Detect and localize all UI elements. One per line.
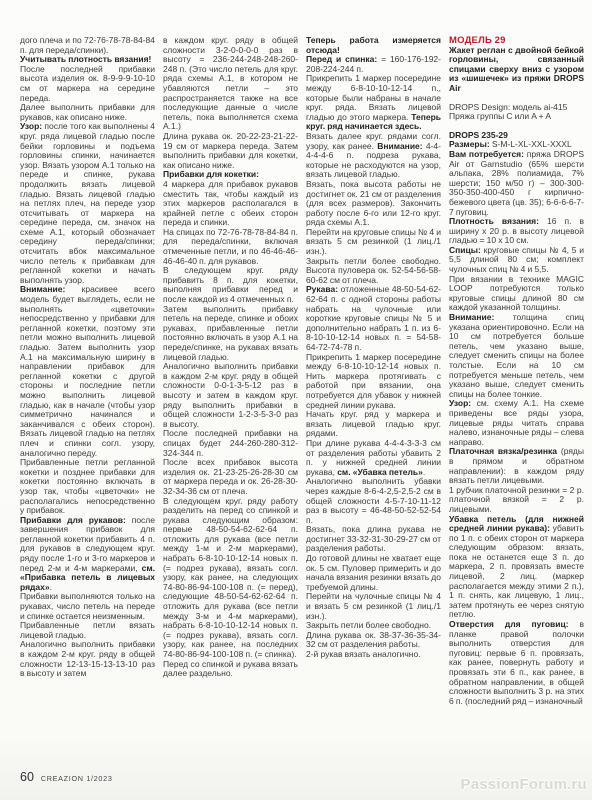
text-run: толщина спиц указана ориентировочно. Есл…	[449, 312, 584, 399]
paragraph: В следующем круг. ряду работу разделить …	[163, 497, 298, 660]
text-run: отложенные 48-50-54-62-62-64 п. с одной …	[306, 284, 441, 352]
text-run: В следующем круг. ряду работу разделить …	[163, 496, 298, 660]
text-run: Внимание:	[20, 284, 82, 294]
paragraph: Платочная вязка/резинка (ряды в прямом и…	[449, 447, 584, 485]
paragraph: Внимание: красивее всего модель будет вы…	[20, 285, 155, 458]
paragraph: в каждом круг. ряду в общей сложности 3-…	[163, 36, 298, 132]
paragraph: При длине рукава 4-4-4-3-3-3 см от разде…	[306, 439, 441, 477]
paragraph: Длина рукава ок. 38-37-36-35-34-32 см от…	[306, 631, 441, 650]
text-run: Перейти на круговые спицы № 4 и вязать 5…	[306, 227, 441, 256]
paragraph: Перейти на чулочные спицы № 4 и вязать 5…	[306, 592, 441, 621]
text-run: Закрыть петли более свободно.	[306, 620, 431, 630]
text-run: Узор:	[449, 398, 477, 408]
text-run: Аналогично выполнить прибавки в каждом 2…	[20, 639, 155, 678]
text-run: Перед со спинкой и рукава вязать далее р…	[163, 659, 298, 679]
text-run: Начать круг. ряд у маркера и вязать лице…	[306, 409, 441, 438]
column-3: Теперь работа измеряется отсюда!Перед и …	[306, 36, 441, 762]
text-run: На спицах по 72-76-78-78-84-84 п. для пе…	[163, 227, 298, 266]
paragraph: Затем выполнить прибавку петель на перед…	[163, 305, 298, 363]
text-run: Спицы:	[449, 245, 484, 255]
paragraph: Прибавленные петли регланной кокетки и п…	[20, 458, 155, 516]
paragraph: Отверстия для пуговиц: в планке правой п…	[449, 620, 584, 706]
paragraph: Прибавки для рукавов: после завершения п…	[20, 516, 155, 593]
text-run: Прибавки для кокетки:	[163, 169, 259, 179]
text-run: после того как выполнены 4 круг. ряда ли…	[20, 121, 155, 285]
text-run: После последней прибавки высота изделия …	[20, 64, 155, 103]
text-run: S-M-L-XL-XXL-XXXL	[492, 139, 572, 149]
text-run: Внимание:	[377, 141, 426, 151]
paragraph: Прикрепить 1 маркер посередине между 6-8…	[306, 353, 441, 411]
paragraph: Перейти на круговые спицы № 4 и вязать 5…	[306, 228, 441, 257]
paragraph: Узор: после того как выполнены 4 круг. р…	[20, 122, 155, 285]
text-run: Прибавки для рукавов:	[20, 515, 132, 525]
text-run: При вязании в технике MAGIC LOOP потребу…	[449, 274, 584, 313]
text-run: DROPS Design: модель ai-415	[449, 102, 567, 112]
text-run: Теперь работа измеряется отсюда!	[306, 36, 441, 55]
text-run: красивее всего модель будет выглядеть, е…	[20, 284, 155, 457]
text-run: Прибавленные петли вязать лицевой гладью…	[20, 620, 155, 640]
paragraph: После последней прибавки высота изделия …	[20, 65, 155, 103]
text-run: пряжа DROPS Air от Garnstudio (65% шерст…	[449, 149, 584, 217]
paragraph: После всех прибавок высота изделия ок. 2…	[163, 458, 298, 496]
page-number: 60	[20, 770, 34, 784]
text-run: дого плеча и по 72-76-78-78-84-84 п. для…	[20, 36, 155, 55]
paragraph: Вязать, пока длина рукава не достигнет 3…	[306, 525, 441, 554]
paragraph: 1 рубчик платочной резинки = 2 р. платоч…	[449, 486, 584, 515]
text-run: .	[50, 582, 52, 592]
paragraph: Вязать далее круг. рядами согл. узору, к…	[306, 132, 441, 180]
text-run: Вязать, пока длина рукава не достигнет 3…	[306, 524, 441, 553]
paragraph: Убавка петель (для нижней средней линии …	[449, 515, 584, 621]
text-run: Перейти на чулочные спицы № 4 и вязать 5…	[306, 591, 441, 620]
text-run: убавить по 1 п. с обеих сторон от маркер…	[449, 523, 584, 619]
paragraph: Вязать, пока высота работы не достигнет …	[306, 180, 441, 228]
text-run: .	[423, 467, 425, 477]
paragraph: Спицы: круговые спицы № 4, 5 и 5,5 длино…	[449, 246, 584, 275]
text-run: Прикрепить 1 маркер посередине между 6-8…	[306, 352, 441, 410]
text-run: Аналогично выполнить прибавки в каждом 2…	[163, 361, 298, 429]
paragraph: На спицах по 72-76-78-78-84-84 п. для пе…	[163, 228, 298, 266]
text-run: Длина рукава ок. 38-37-36-35-34-32 см от…	[306, 630, 441, 650]
text-run: Платочная вязка/резинка	[449, 446, 561, 456]
paragraph: Рукава: отложенные 48-50-54-62-62-64 п. …	[306, 285, 441, 352]
text-run: Учитывать плотность вязания!	[20, 54, 151, 64]
paragraph: Аналогично выполнить убавки через каждые…	[306, 477, 441, 525]
text-run: Прибавленные петли регланной кокетки и п…	[20, 457, 155, 515]
text-run: Внимание:	[449, 312, 513, 322]
text-run: Размеры:	[449, 139, 492, 149]
paragraph: Внимание: толщина спиц указана ориентиро…	[449, 313, 584, 399]
paragraph: Прикрепить 1 маркер посередине между 6-8…	[306, 74, 441, 132]
text-run: Плотность вязания:	[449, 216, 547, 226]
text-columns: дого плеча и по 72-76-78-78-84-84 п. для…	[20, 36, 584, 762]
text-run: после завершения прибавок для регланной …	[20, 515, 155, 573]
text-run: 2-й рукав вязать аналогично.	[306, 649, 421, 659]
text-run: в планке правой полочки выполнить отверс…	[449, 619, 584, 706]
text-run: После последней прибавки на спицах будет…	[163, 428, 298, 457]
text-run: Затем выполнить прибавку петель на перед…	[163, 304, 298, 362]
paragraph: Аналогично выполнить прибавки в каждом 2…	[163, 362, 298, 429]
text-run: см. «Убавка петель»	[337, 467, 423, 477]
text-run: Закрыть петли более свободно. Высота пул…	[306, 256, 441, 285]
magazine-page: дого плеча и по 72-76-78-78-84-84 п. для…	[0, 0, 592, 800]
paragraph: Пряжа группы C или A + A	[449, 112, 584, 122]
paragraph: Аналогично выполнить прибавки в каждом 2…	[20, 640, 155, 678]
text-run: Прибавки выполняются только на рукавах, …	[20, 591, 155, 620]
paragraph: Прибавки выполняются только на рукавах, …	[20, 592, 155, 621]
text-run: Рукава:	[306, 284, 341, 294]
paragraph: Закрыть петли более свободно. Высота пул…	[306, 257, 441, 286]
paragraph: После последней прибавки на спицах будет…	[163, 429, 298, 458]
paragraph: дого плеча и по 72-76-78-78-84-84 п. для…	[20, 36, 155, 55]
magazine-title: CREAZION 1/2023	[41, 774, 113, 783]
paragraph: При вязании в технике MAGIC LOOP потребу…	[449, 275, 584, 313]
text-run: DROPS 235-29	[449, 130, 508, 140]
paragraph: Теперь работа измеряется отсюда!	[306, 36, 441, 55]
text-run: До готовой длины не хватает еще ок. 5 см…	[306, 553, 441, 592]
paragraph: Вам потребуется: пряжа DROPS Air от Garn…	[449, 150, 584, 217]
paragraph: Узор: см. схему А.1. На схеме приведены …	[449, 399, 584, 447]
text-run: в каждом круг. ряду в общей сложности 3-…	[163, 36, 298, 131]
paragraph: Перед со спинкой и рукава вязать далее р…	[163, 660, 298, 679]
paragraph: Перед и спинка: = 160-176-192-208-224-24…	[306, 55, 441, 74]
text-run: Отверстия для пуговиц:	[449, 619, 579, 629]
column-4: МОДЕЛЬ 29Жакет реглан с двойной бейкой г…	[449, 36, 584, 762]
paragraph: Длина рукава ок. 20-22-23-21-22-19 см от…	[163, 132, 298, 170]
text-run: Пряжа группы C или A + A	[449, 111, 551, 121]
paragraph: В следующем круг. ряду прибавить 8 п. дл…	[163, 266, 298, 304]
paragraph: Плотность вязания: 16 п. в ширину х 20 р…	[449, 217, 584, 246]
paragraph: Прибавленные петли вязать лицевой гладью…	[20, 621, 155, 640]
text-run: Длина рукава ок. 20-22-23-21-22-19 см от…	[163, 131, 298, 170]
watermark: PassionForum.ru	[461, 776, 587, 793]
paragraph: 2-й рукав вязать аналогично.	[306, 650, 441, 660]
text-run: После всех прибавок высота изделия ок. 2…	[163, 457, 298, 496]
text-run: 1 рубчик платочной резинки = 2 р. платоч…	[449, 485, 584, 514]
text-run: Вам потребуется:	[449, 149, 527, 159]
column-2: в каждом круг. ряду в общей сложности 3-…	[163, 36, 298, 762]
column-1: дого плеча и по 72-76-78-78-84-84 п. для…	[20, 36, 155, 762]
page-footer: 60 CREAZION 1/2023	[20, 770, 113, 784]
text-run: Жакет реглан с двойной бейкой горловины,…	[449, 45, 584, 93]
text-run: В следующем круг. ряду прибавить 8 п. дл…	[163, 265, 298, 304]
text-run: Вязать, пока высота работы не достигнет …	[306, 179, 441, 227]
paragraph: Жакет реглан с двойной бейкой горловины,…	[449, 46, 584, 94]
paragraph: Далее выполнить прибавки для рукавов, ка…	[20, 103, 155, 122]
paragraph: До готовой длины не хватает еще ок. 5 см…	[306, 554, 441, 592]
text-run: 4 маркера для прибавок рукавов сместить …	[163, 179, 298, 227]
text-run: Перед и спинка:	[306, 54, 381, 64]
paragraph: Начать круг. ряд у маркера и вязать лице…	[306, 410, 441, 439]
text-run: Далее выполнить прибавки для рукавов, ка…	[20, 102, 155, 122]
paragraph: 4 маркера для прибавок рукавов сместить …	[163, 180, 298, 228]
text-run: Аналогично выполнить убавки через каждые…	[306, 476, 441, 524]
text-run: Узор:	[20, 121, 44, 131]
